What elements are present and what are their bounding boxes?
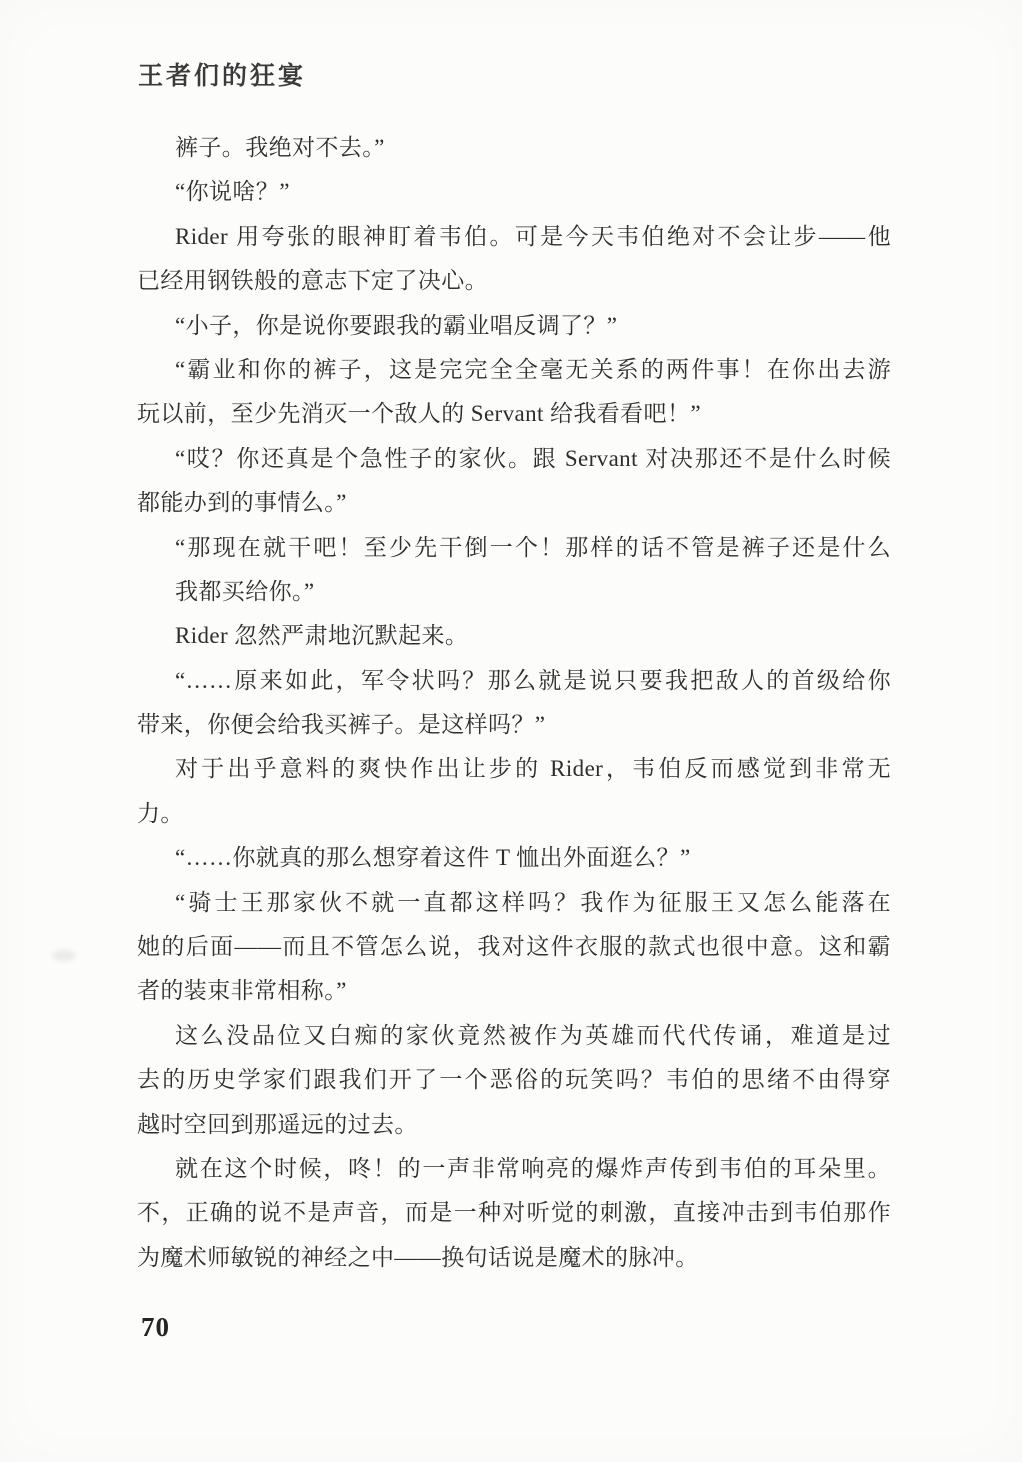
text-line: Rider 用夸张的眼神盯着韦伯。可是今天韦伯绝对不会让步——他 bbox=[137, 215, 891, 259]
text-line: 去的历史学家们跟我们开了一个恶俗的玩笑吗？韦伯的思绪不由得穿 bbox=[137, 1058, 891, 1102]
text-line: 已经用钢铁般的意志下定了决心。 bbox=[137, 259, 891, 303]
text-line: “小子，你是说你要跟我的霸业唱反调了？” bbox=[137, 304, 891, 348]
text-line: 裤子。我绝对不去。” bbox=[137, 126, 891, 170]
text-block: 裤子。我绝对不去。”“你说啥？”Rider 用夸张的眼神盯着韦伯。可是今天韦伯绝… bbox=[137, 126, 891, 1280]
text-line: 力。 bbox=[137, 792, 891, 836]
text-line: 对于出乎意料的爽快作出让步的 Rider，韦伯反而感觉到非常无 bbox=[137, 747, 891, 791]
book-page: 王者们的狂宴 裤子。我绝对不去。”“你说啥？”Rider 用夸张的眼神盯着韦伯。… bbox=[0, 0, 1022, 1462]
text-line: 越时空回到那遥远的过去。 bbox=[137, 1103, 891, 1147]
text-line: “骑士王那家伙不就一直都这样吗？我作为征服王又怎么能落在 bbox=[137, 881, 891, 925]
text-line: “哎？你还真是个急性子的家伙。跟 Servant 对决那还不是什么时候 bbox=[137, 437, 891, 481]
text-line: “那现在就干吧！至少先干倒一个！那样的话不管是裤子还是什么 bbox=[137, 526, 891, 570]
text-line: “霸业和你的裤子，这是完完全全毫无关系的两件事！在你出去游 bbox=[137, 348, 891, 392]
text-line: 都能办到的事情么。” bbox=[137, 481, 891, 525]
text-line: 不，正确的说不是声音，而是一种对听觉的刺激，直接冲击到韦伯那作 bbox=[137, 1191, 891, 1235]
text-line: 这么没品位又白痴的家伙竟然被作为英雄而代代传诵，难道是过 bbox=[137, 1014, 891, 1058]
text-line: 为魔术师敏锐的神经之中——换句话说是魔术的脉冲。 bbox=[137, 1236, 891, 1280]
text-line: 玩以前，至少先消灭一个敌人的 Servant 给我看看吧！” bbox=[137, 392, 891, 436]
text-line: 她的后面——而且不管怎么说，我对这件衣服的款式也很中意。这和霸 bbox=[137, 925, 891, 969]
text-line: 带来，你便会给我买裤子。是这样吗？” bbox=[137, 703, 891, 747]
text-line: 者的装束非常相称。” bbox=[137, 969, 891, 1013]
page-number: 70 bbox=[141, 1312, 170, 1343]
running-header: 王者们的狂宴 bbox=[138, 56, 306, 92]
scan-artifact bbox=[52, 950, 76, 961]
text-line: 我都买给你。” bbox=[137, 570, 891, 614]
text-line: “……原来如此，军令状吗？那么就是说只要我把敌人的首级给你 bbox=[137, 659, 891, 703]
text-line: “你说啥？” bbox=[137, 170, 891, 214]
text-line: 就在这个时候，咚！的一声非常响亮的爆炸声传到韦伯的耳朵里。 bbox=[137, 1147, 891, 1191]
text-line: “……你就真的那么想穿着这件 T 恤出外面逛么？” bbox=[137, 836, 891, 880]
text-line: Rider 忽然严肃地沉默起来。 bbox=[137, 614, 891, 658]
